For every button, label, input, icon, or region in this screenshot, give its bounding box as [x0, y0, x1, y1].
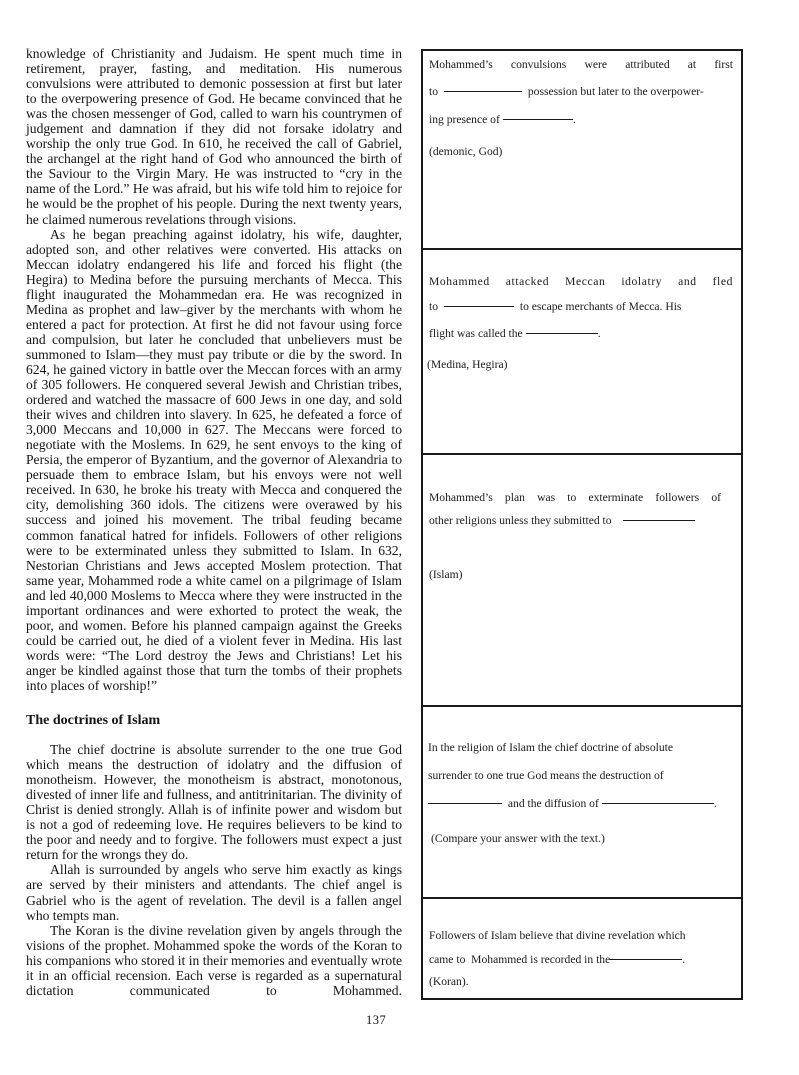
frame-3-line-1: Mohammed’s plan was to exterminate follo…	[429, 491, 721, 504]
frame-5-line-2: came to Mohammed is recorded in the.	[429, 953, 733, 966]
frame-2-line-3-start: flight was called the	[429, 327, 523, 340]
frame-5-answer: (Koran).	[429, 975, 733, 988]
frame-1-blank-2[interactable]	[503, 119, 573, 120]
frame-2-line-3: flight was called the.	[429, 327, 733, 340]
frame-2-line-2-start: to	[429, 300, 438, 313]
frame-2-line-3-end: .	[598, 327, 601, 340]
frame-4-line-3: and the diffusion of.	[428, 797, 733, 810]
section-heading-doctrines: The doctrines of Islam	[26, 713, 402, 728]
frame-2-line-2-end: to escape merchants of Mecca. His	[520, 300, 682, 313]
paragraph-mohammed-preaching: As he began preaching against idolatry, …	[26, 227, 402, 693]
frame-5-line-2-start: came to Mohammed is recorded in the	[429, 953, 610, 966]
frame-2-blank-1[interactable]	[444, 306, 514, 307]
frame-1-line-2-end: possession but later to the overpower-	[528, 85, 704, 98]
frame-5-line-1: Followers of Islam believe that divine r…	[429, 929, 733, 942]
frame-1-line-3: ing presence of.	[429, 113, 733, 126]
frame-1-line-1: Mohammed’s convulsions were attributed a…	[429, 58, 733, 71]
frame-5-blank-1[interactable]	[610, 959, 682, 960]
study-frame-1: Mohammed’s convulsions were attributed a…	[423, 51, 741, 250]
frame-4-blank-2[interactable]	[602, 803, 714, 804]
frame-3-line-2-start: other religions unless they submitted to	[429, 514, 612, 527]
frame-4-line-3-middle: and the diffusion of	[508, 797, 599, 810]
frame-4-line-2: surrender to one true God means the dest…	[428, 769, 733, 782]
frame-2-blank-2[interactable]	[526, 333, 598, 334]
frame-3-answer: (Islam)	[429, 568, 733, 581]
frame-1-blank-1[interactable]	[444, 91, 522, 92]
frame-3-line-2: other religions unless they submitted to	[429, 514, 733, 527]
study-frame-2: Mohammed attacked Meccan idolatry and fl…	[423, 250, 741, 455]
frame-4-line-1: In the religion of Islam the chief doctr…	[428, 741, 733, 754]
paragraph-koran: The Koran is the divine revelation given…	[26, 923, 402, 998]
frame-4-answer: (Compare your answer with the text.)	[431, 832, 733, 845]
frame-1-line-2: to possession but later to the overpower…	[429, 85, 733, 98]
frame-3-blank-1[interactable]	[623, 520, 695, 521]
frame-1-answer: (demonic, God)	[429, 145, 733, 158]
paragraph-chief-doctrine: The chief doctrine is absolute surrender…	[26, 742, 402, 862]
study-frame-3: Mohammed’s plan was to exterminate follo…	[423, 455, 741, 707]
paragraph-mohammed-early-life: knowledge of Christianity and Judaism. H…	[26, 46, 402, 227]
frame-1-line-3-start: ing presence of	[429, 113, 500, 126]
frame-2-answer: (Medina, Hegira)	[427, 358, 733, 371]
frame-4-blank-1[interactable]	[428, 803, 502, 804]
study-frame-4: In the religion of Islam the chief doctr…	[423, 707, 741, 899]
study-frames-column: Mohammed’s convulsions were attributed a…	[421, 49, 743, 1000]
page-number: 137	[366, 1013, 386, 1028]
frame-1-line-3-end: .	[573, 113, 576, 126]
paragraph-angels: Allah is surrounded by angels who serve …	[26, 862, 402, 922]
frame-2-line-2: to to escape merchants of Mecca. His	[429, 300, 733, 313]
frame-4-line-3-end: .	[714, 797, 717, 810]
frame-2-line-1: Mohammed attacked Meccan idolatry and fl…	[429, 275, 733, 288]
study-frame-5: Followers of Islam believe that divine r…	[423, 899, 741, 998]
frame-1-line-2-start: to	[429, 85, 438, 98]
frame-5-line-2-end: .	[682, 953, 685, 966]
main-text-column: knowledge of Christianity and Judaism. H…	[26, 46, 402, 998]
